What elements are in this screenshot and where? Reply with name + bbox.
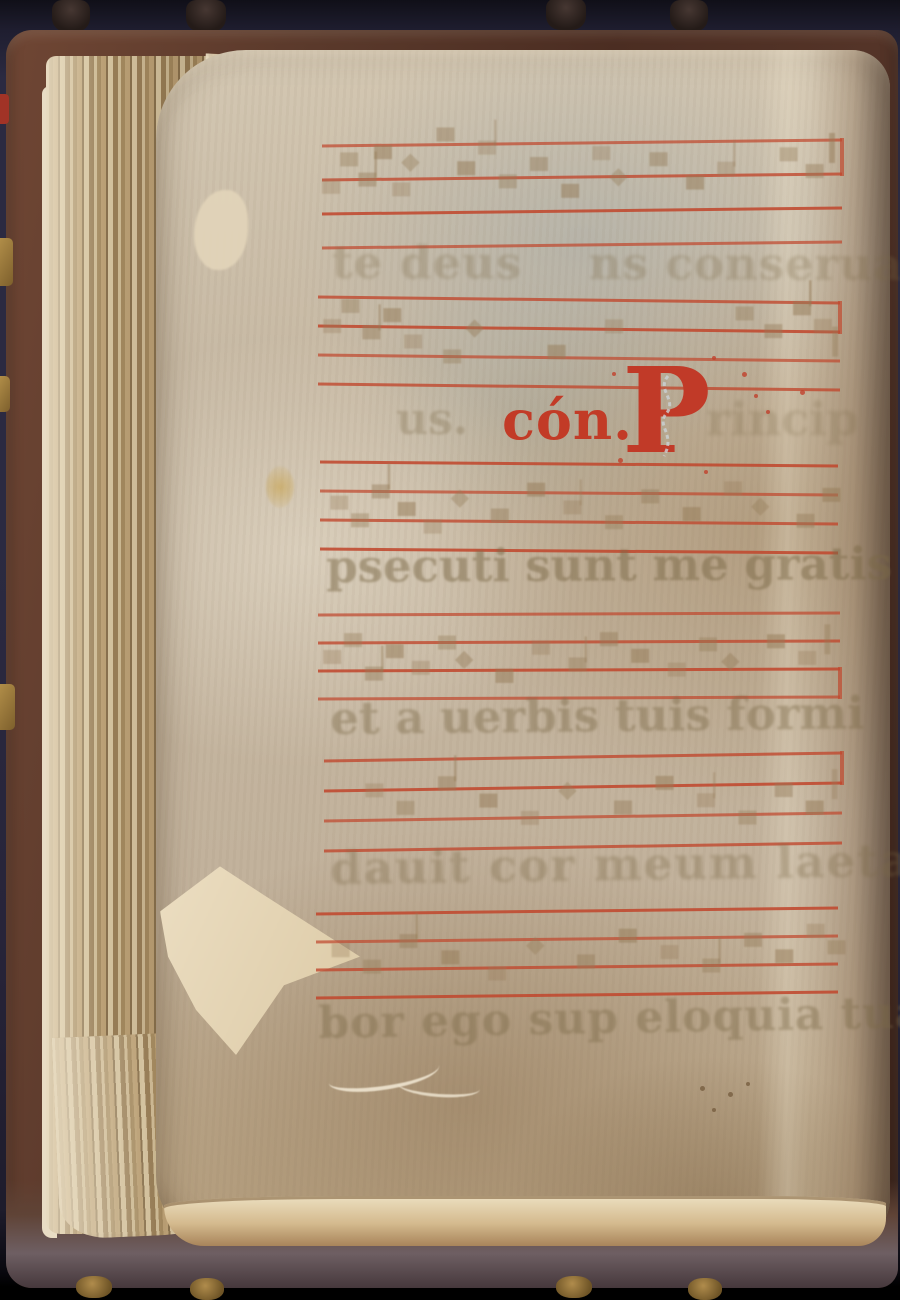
binding-boss-top-2 [186, 0, 226, 32]
binding-foot-4 [688, 1278, 722, 1300]
flourish-dot [754, 394, 758, 398]
ink-speck [746, 1082, 750, 1086]
page-gutter-shading [156, 50, 890, 1246]
rubric-abbreviation: cón. [502, 388, 633, 452]
clasp-remnant-3 [0, 684, 15, 730]
binding-foot-2 [190, 1278, 224, 1300]
flourish-dot [618, 458, 623, 463]
binding-foot-1 [76, 1276, 112, 1298]
ink-speck [700, 1086, 705, 1091]
ink-speck [712, 1108, 716, 1112]
spine-red-tab [0, 94, 9, 124]
wax-stain [266, 466, 294, 508]
binding-boss-top-1 [52, 0, 90, 32]
flourish-dot [742, 372, 747, 377]
flourish-dot [704, 470, 708, 474]
flourish-dot [712, 356, 716, 360]
page-bottom-fore-edge [164, 1196, 886, 1246]
decorated-initial-P: P [622, 352, 711, 470]
flourish-dot [766, 410, 770, 414]
binding-boss-top-3 [546, 0, 586, 30]
manuscript-photo: te deus ns conseruam us. cón. P rincipes… [0, 0, 900, 1300]
binding-foot-3 [556, 1276, 592, 1298]
flourish-dot [612, 372, 616, 376]
clasp-remnant-1 [0, 238, 13, 286]
flourish-dot [800, 390, 805, 395]
binding-boss-top-4 [670, 0, 708, 32]
ink-speck [728, 1092, 733, 1097]
clasp-remnant-2 [0, 376, 10, 412]
